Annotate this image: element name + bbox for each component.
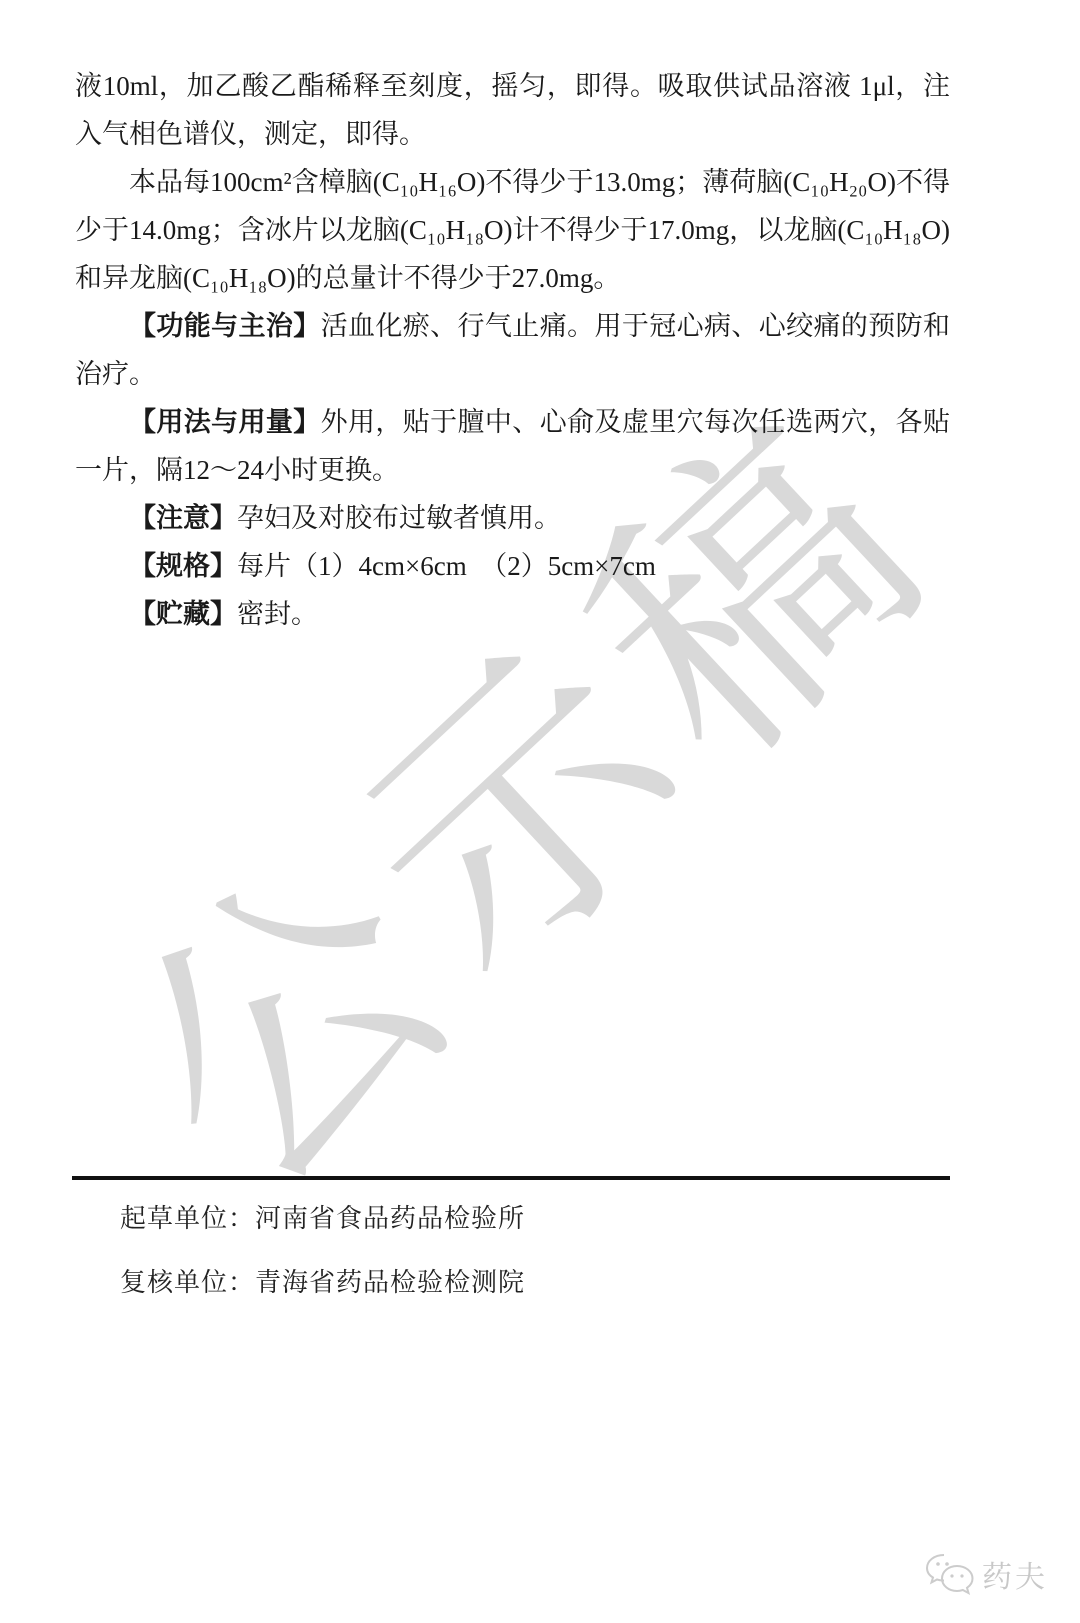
section-label: 【贮藏】	[129, 599, 237, 629]
section-label: 【用法与用量】	[129, 407, 321, 437]
footer-divider	[72, 1176, 950, 1180]
document-page: 公示稿 液10ml，加乙酸乙酯稀释至刻度，摇匀，即得。吸取供试品溶液 1μl，注…	[0, 0, 1080, 1623]
section-label: 【功能与主治】	[129, 311, 321, 341]
paragraph-text: 本品每100cm²含樟脑(C₁₀H₁₆O)不得少于13.0mg；薄荷脑(C₁₀H…	[75, 167, 950, 293]
paragraph-text: 液10ml，加乙酸乙酯稀释至刻度，摇匀，即得。吸取供试品溶液 1μl，注入气相色…	[75, 71, 950, 149]
section-label: 【注意】	[129, 503, 237, 533]
paragraph-text: 每片（1）4cm×6cm （2）5cm×7cm	[237, 551, 656, 581]
document-body: 液10ml，加乙酸乙酯稀释至刻度，摇匀，即得。吸取供试品溶液 1μl，注入气相色…	[75, 62, 950, 638]
paragraph-caution: 【注意】孕妇及对胶布过敏者慎用。	[75, 494, 950, 542]
paragraph-text: 孕妇及对胶布过敏者慎用。	[237, 503, 561, 533]
wechat-chat-bubbles-icon	[924, 1552, 976, 1596]
paragraph-text: 密封。	[237, 599, 318, 629]
paragraph-storage: 【贮藏】密封。	[75, 590, 950, 638]
drafting-unit-line: 起草单位：河南省食品药品检验所	[120, 1198, 525, 1235]
paragraph-specification: 【规格】每片（1）4cm×6cm （2）5cm×7cm	[75, 542, 950, 590]
paragraph-content-limits: 本品每100cm²含樟脑(C₁₀H₁₆O)不得少于13.0mg；薄荷脑(C₁₀H…	[75, 158, 950, 302]
brand-mark: 药夫	[924, 1552, 1048, 1596]
section-label: 【规格】	[129, 551, 237, 581]
paragraph-usage-dosage: 【用法与用量】外用，贴于膻中、心俞及虚里穴每次任选两穴，各贴一片，隔12～24小…	[75, 398, 950, 494]
paragraph-gc-method-continuation: 液10ml，加乙酸乙酯稀释至刻度，摇匀，即得。吸取供试品溶液 1μl，注入气相色…	[75, 62, 950, 158]
brand-name: 药夫	[982, 1552, 1048, 1596]
paragraph-function-indication: 【功能与主治】活血化瘀、行气止痛。用于冠心病、心绞痛的预防和治疗。	[75, 302, 950, 398]
review-unit-line: 复核单位：青海省药品检验检测院	[120, 1262, 525, 1299]
